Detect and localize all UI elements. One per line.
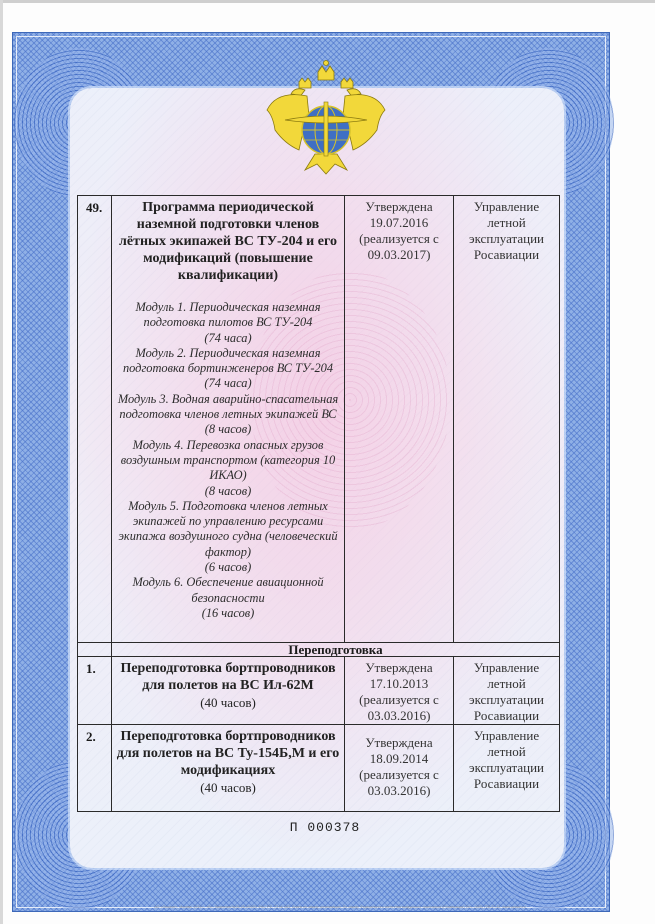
module-item: Модуль 5. Подготовка членов летных экипа… <box>114 499 342 575</box>
implemented-label: (реализуется с <box>347 231 451 247</box>
printer-imprint: АО «Опцион», Москва, 2015 г., «Б», Лицен… <box>80 905 600 909</box>
module-item: Модуль 4. Перевозка опасных грузов возду… <box>114 438 342 499</box>
module-hours: (8 часов) <box>114 484 342 499</box>
module-item: Модуль 3. Водная аварийно-спасательная п… <box>114 392 342 438</box>
program-title-text: Переподготовка бортпроводников для полет… <box>120 661 335 693</box>
section-title: Переподготовка <box>112 643 560 657</box>
implemented-label: (реализуется с <box>347 767 451 783</box>
module-text: Модуль 3. Водная аварийно-спасательная п… <box>118 392 338 421</box>
module-text: Модуль 4. Перевозка опасных грузов возду… <box>121 438 335 483</box>
approved-date: 19.07.2016 <box>347 215 451 231</box>
row-number-cell: 1. <box>78 657 112 725</box>
organization-cell: Управление летной эксплуатации Росавиаци… <box>454 725 560 812</box>
org-line: летной <box>456 744 557 760</box>
row-number-cell: 2. <box>78 725 112 812</box>
section-header-row: Переподготовка <box>78 643 560 657</box>
module-text: Модуль 2. Периодическая наземная подгото… <box>123 346 333 375</box>
row-number: 2. <box>78 725 111 745</box>
organization-name: Управление летной эксплуатации Росавиаци… <box>454 725 559 792</box>
org-line: эксплуатации <box>456 692 557 708</box>
program-title-text: Переподготовка бортпроводников для полет… <box>117 729 339 778</box>
module-hours: (74 часа) <box>114 331 342 346</box>
module-list: Модуль 1. Периодическая наземная подгото… <box>112 300 344 621</box>
org-line: Росавиации <box>456 776 557 792</box>
table-row: 1. Переподготовка бортпроводников для по… <box>78 657 560 725</box>
approval-info: Утверждена 18.09.2014 (реализуется с 03.… <box>345 725 453 799</box>
module-hours: (8 часов) <box>114 422 342 437</box>
organization-cell: Управление летной эксплуатации Росавиаци… <box>454 196 560 643</box>
organization-cell: Управление летной эксплуатации Росавиаци… <box>454 657 560 725</box>
program-title: Программа периодической наземной подгото… <box>112 196 344 284</box>
module-hours: (74 часа) <box>114 376 342 391</box>
org-line: Управление <box>456 728 557 744</box>
module-text: Модуль 5. Подготовка членов летных экипа… <box>118 499 337 559</box>
program-title: Переподготовка бортпроводников для полет… <box>112 657 344 712</box>
program-cell: Переподготовка бортпроводников для полет… <box>112 657 345 725</box>
implemented-date: 03.03.2016) <box>347 783 451 799</box>
row-number: 1. <box>78 657 111 677</box>
approved-label: Утверждена <box>347 735 451 751</box>
program-hours: (40 часов) <box>200 695 256 710</box>
org-line: летной <box>456 676 557 692</box>
org-line: эксплуатации <box>456 231 557 247</box>
org-line: Управление <box>456 660 557 676</box>
approved-date: 17.10.2013 <box>347 676 451 692</box>
org-line: эксплуатации <box>456 760 557 776</box>
program-hours: (40 часов) <box>200 780 256 795</box>
module-hours: (6 часов) <box>114 560 342 575</box>
approval-info: Утверждена 19.07.2016 (реализуется с 09.… <box>345 196 453 263</box>
row-number: 49. <box>78 196 111 216</box>
module-item: Модуль 1. Периодическая наземная подгото… <box>114 300 342 346</box>
approval-cell: Утверждена 19.07.2016 (реализуется с 09.… <box>345 196 454 643</box>
module-text: Модуль 1. Периодическая наземная подгото… <box>136 300 321 329</box>
org-line: Росавиации <box>456 708 557 724</box>
approved-date: 18.09.2014 <box>347 751 451 767</box>
module-item: Модуль 6. Обеспечение авиационной безопа… <box>114 575 342 621</box>
programs-table: 49. Программа периодической наземной под… <box>77 195 560 812</box>
section-number-cell <box>78 643 112 657</box>
program-cell: Переподготовка бортпроводников для полет… <box>112 725 345 812</box>
approval-info: Утверждена 17.10.2013 (реализуется с 03.… <box>345 657 453 724</box>
implemented-date: 09.03.2017) <box>347 247 451 263</box>
module-item: Модуль 2. Периодическая наземная подгото… <box>114 346 342 392</box>
module-hours: (16 часов) <box>114 606 342 621</box>
approval-cell: Утверждена 17.10.2013 (реализуется с 03.… <box>345 657 454 725</box>
serial-number: П 000378 <box>250 820 400 835</box>
implemented-label: (реализуется с <box>347 692 451 708</box>
implemented-date: 03.03.2016) <box>347 708 451 724</box>
program-cell: Программа периодической наземной подгото… <box>112 196 345 643</box>
row-number-cell: 49. <box>78 196 112 643</box>
table-row: 49. Программа периодической наземной под… <box>78 196 560 643</box>
scan-edge-left <box>0 0 3 924</box>
organization-name: Управление летной эксплуатации Росавиаци… <box>454 657 559 724</box>
program-title: Переподготовка бортпроводников для полет… <box>112 725 344 797</box>
table-row: 2. Переподготовка бортпроводников для по… <box>78 725 560 812</box>
module-text: Модуль 6. Обеспечение авиационной безопа… <box>132 575 323 604</box>
scan-edge <box>0 0 655 3</box>
organization-name: Управление летной эксплуатации Росавиаци… <box>454 196 559 263</box>
eagle-emblem-icon <box>255 58 405 178</box>
approval-cell: Утверждена 18.09.2014 (реализуется с 03.… <box>345 725 454 812</box>
approved-label: Утверждена <box>347 660 451 676</box>
org-line: Росавиации <box>456 247 557 263</box>
org-line: летной <box>456 215 557 231</box>
org-line: Управление <box>456 199 557 215</box>
approved-label: Утверждена <box>347 199 451 215</box>
